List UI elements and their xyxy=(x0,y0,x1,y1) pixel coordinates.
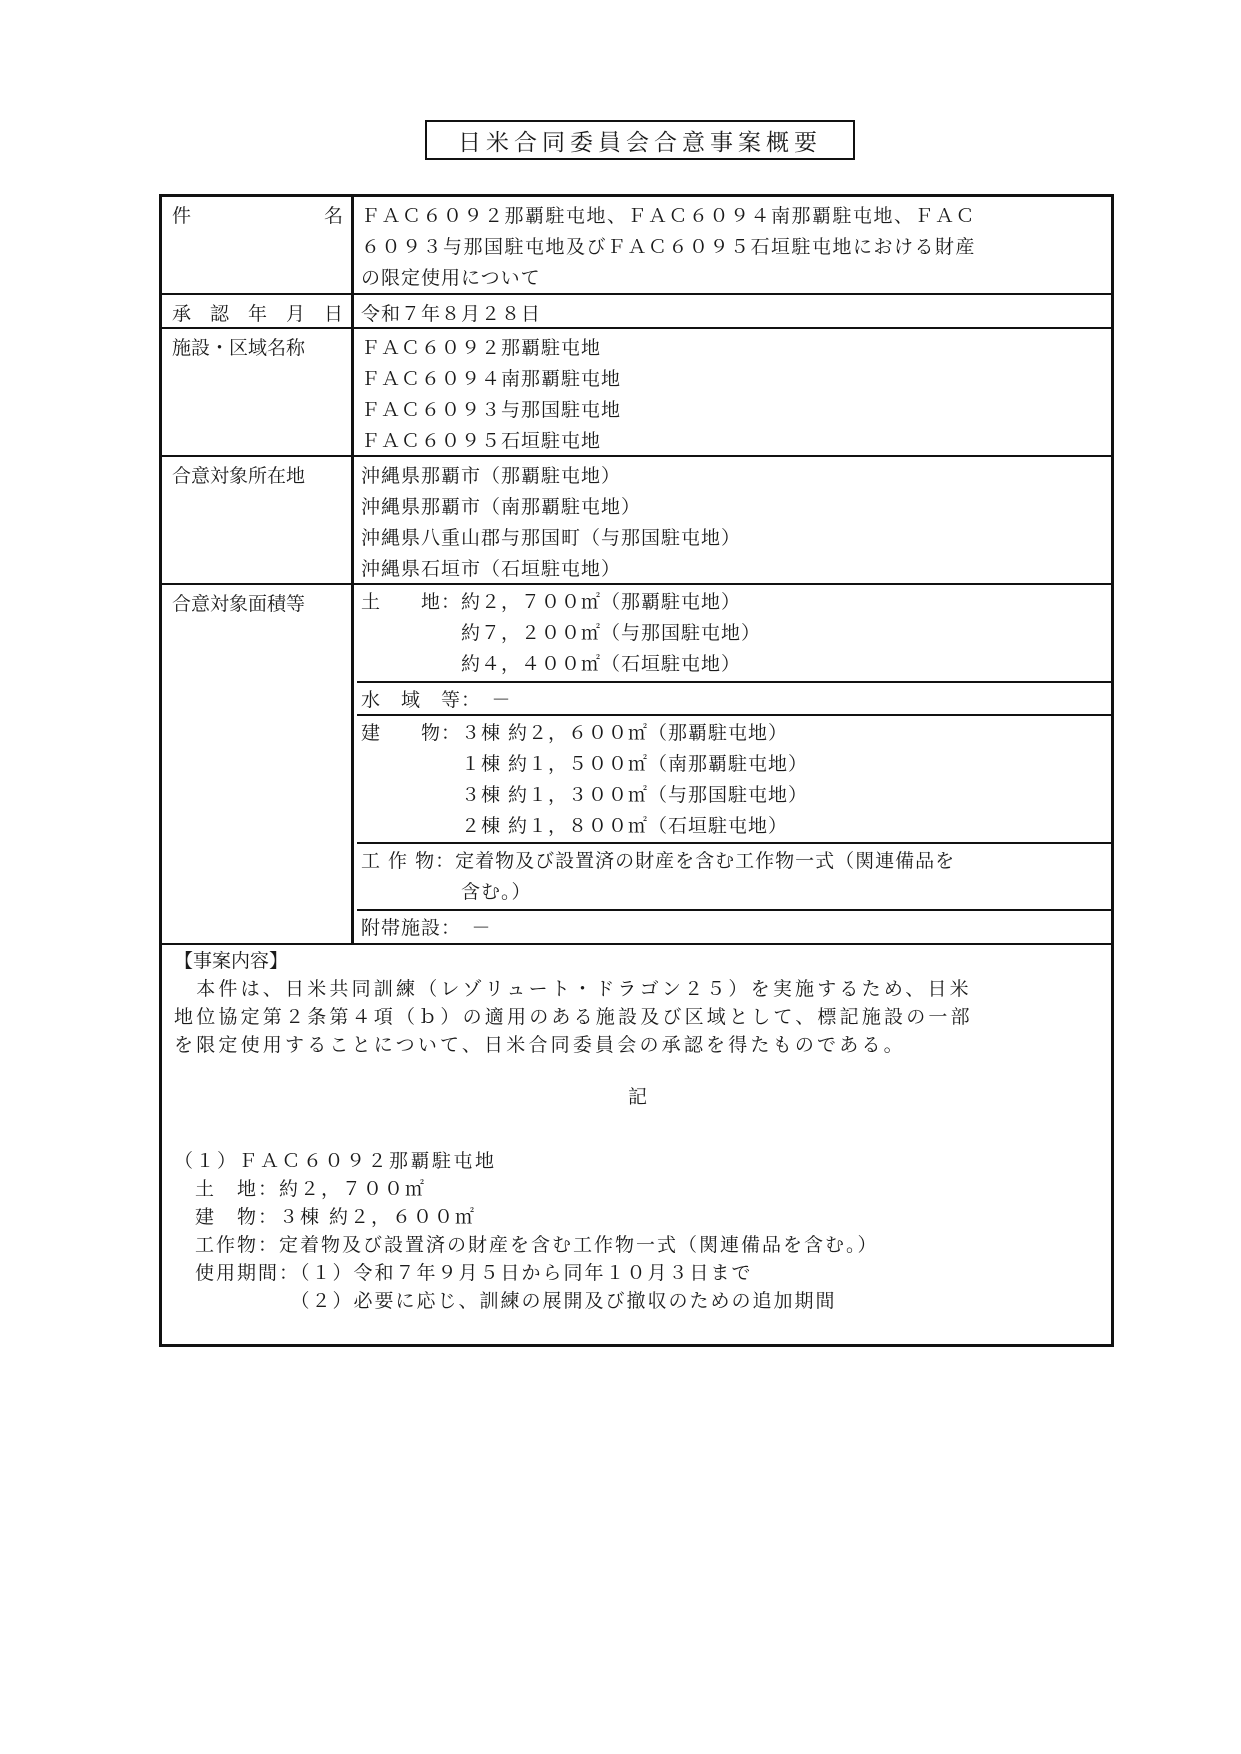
details-paragraph-line: を限定使用することについて、日米合同委員会の承認を得たものである。 xyxy=(174,1031,1101,1059)
label-approval-date: 承 認 年 月 日 xyxy=(162,295,354,329)
item1-line: 建 物：３棟 約２，６００㎡ xyxy=(174,1203,1101,1231)
details-paragraph-line: 本件は、日米共同訓練（レゾリュート・ドラゴン２５）を実施するため、日米 xyxy=(174,975,1101,1003)
label-subject: 件 名 xyxy=(162,197,354,293)
details-heading: 【事案内容】 xyxy=(174,947,1101,975)
row-areas: 合意対象面積等 土 地：約２，７００㎡（那覇駐屯地） 約７，２００㎡（与那国駐屯… xyxy=(162,583,1111,945)
value-locations: 沖縄県那覇市（那覇駐屯地） 沖縄県那覇市（南那覇駐屯地） 沖縄県八重山郡与那国町… xyxy=(357,457,1111,585)
item1-line: 土 地：約２，７００㎡ xyxy=(174,1175,1101,1203)
document-title: 日米合同委員会合意事案概要 xyxy=(425,120,855,160)
value-approval-date: 令和７年８月２８日 xyxy=(357,295,1111,329)
summary-table: 件 名 ＦＡＣ６０９２那覇駐屯地、ＦＡＣ６０９４南那覇駐屯地、ＦＡＣ ６０９３与… xyxy=(159,194,1114,1347)
item1-line: 工作物：定着物及び設置済の財産を含む工作物一式（関連備品を含む。） xyxy=(174,1231,1101,1259)
label-facility-names: 施設・区域名称 xyxy=(162,329,354,457)
item1-line: （２）必要に応じ、訓練の展開及び撤収のための追加期間 xyxy=(174,1287,1101,1315)
row-facility-names: 施設・区域名称 ＦＡＣ６０９２那覇駐屯地 ＦＡＣ６０９４南那覇駐屯地 ＦＡＣ６０… xyxy=(162,327,1111,457)
label-locations: 合意対象所在地 xyxy=(162,457,354,585)
row-details: 【事案内容】 本件は、日米共同訓練（レゾリュート・ドラゴン２５）を実施するため、… xyxy=(162,943,1111,1344)
row-subject: 件 名 ＦＡＣ６０９２那覇駐屯地、ＦＡＣ６０９４南那覇駐屯地、ＦＡＣ ６０９３与… xyxy=(162,197,1111,293)
ki-heading: 記 xyxy=(174,1083,1101,1123)
item1-heading: （１）ＦＡＣ６０９２那覇駐屯地 xyxy=(174,1147,1101,1175)
row-approval-date: 承 認 年 月 日 令和７年８月２８日 xyxy=(162,293,1111,329)
subrow-water: 水 域 等： － xyxy=(357,681,1111,714)
subrow-structures: 工 作 物：定着物及び設置済の財産を含む工作物一式（関連備品を 含む。） xyxy=(357,842,1111,909)
value-facility-names: ＦＡＣ６０９２那覇駐屯地 ＦＡＣ６０９４南那覇駐屯地 ＦＡＣ６０９３与那国駐屯地… xyxy=(357,329,1111,457)
row-locations: 合意対象所在地 沖縄県那覇市（那覇駐屯地） 沖縄県那覇市（南那覇駐屯地） 沖縄県… xyxy=(162,455,1111,585)
label-areas: 合意対象面積等 xyxy=(162,585,354,945)
value-subject: ＦＡＣ６０９２那覇駐屯地、ＦＡＣ６０９４南那覇駐屯地、ＦＡＣ ６０９３与那国駐屯… xyxy=(357,197,1111,293)
details-paragraph-line: 地位協定第２条第４項（ｂ）の適用のある施設及び区域として、標記施設の一部 xyxy=(174,1003,1101,1031)
item1-line: 使用期間：（１）令和７年９月５日から同年１０月３日まで xyxy=(174,1259,1101,1287)
subrow-land: 土 地：約２，７００㎡（那覇駐屯地） 約７，２００㎡（与那国駐屯地） 約４，４０… xyxy=(357,585,1111,681)
subrow-buildings: 建 物：３棟 約２，６００㎡（那覇駐屯地） １棟 約１，５００㎡（南那覇駐屯地）… xyxy=(357,714,1111,842)
subrow-ancillary: 附帯施設： － xyxy=(357,909,1111,945)
details-section: 【事案内容】 本件は、日米共同訓練（レゾリュート・ドラゴン２５）を実施するため、… xyxy=(162,945,1111,1344)
